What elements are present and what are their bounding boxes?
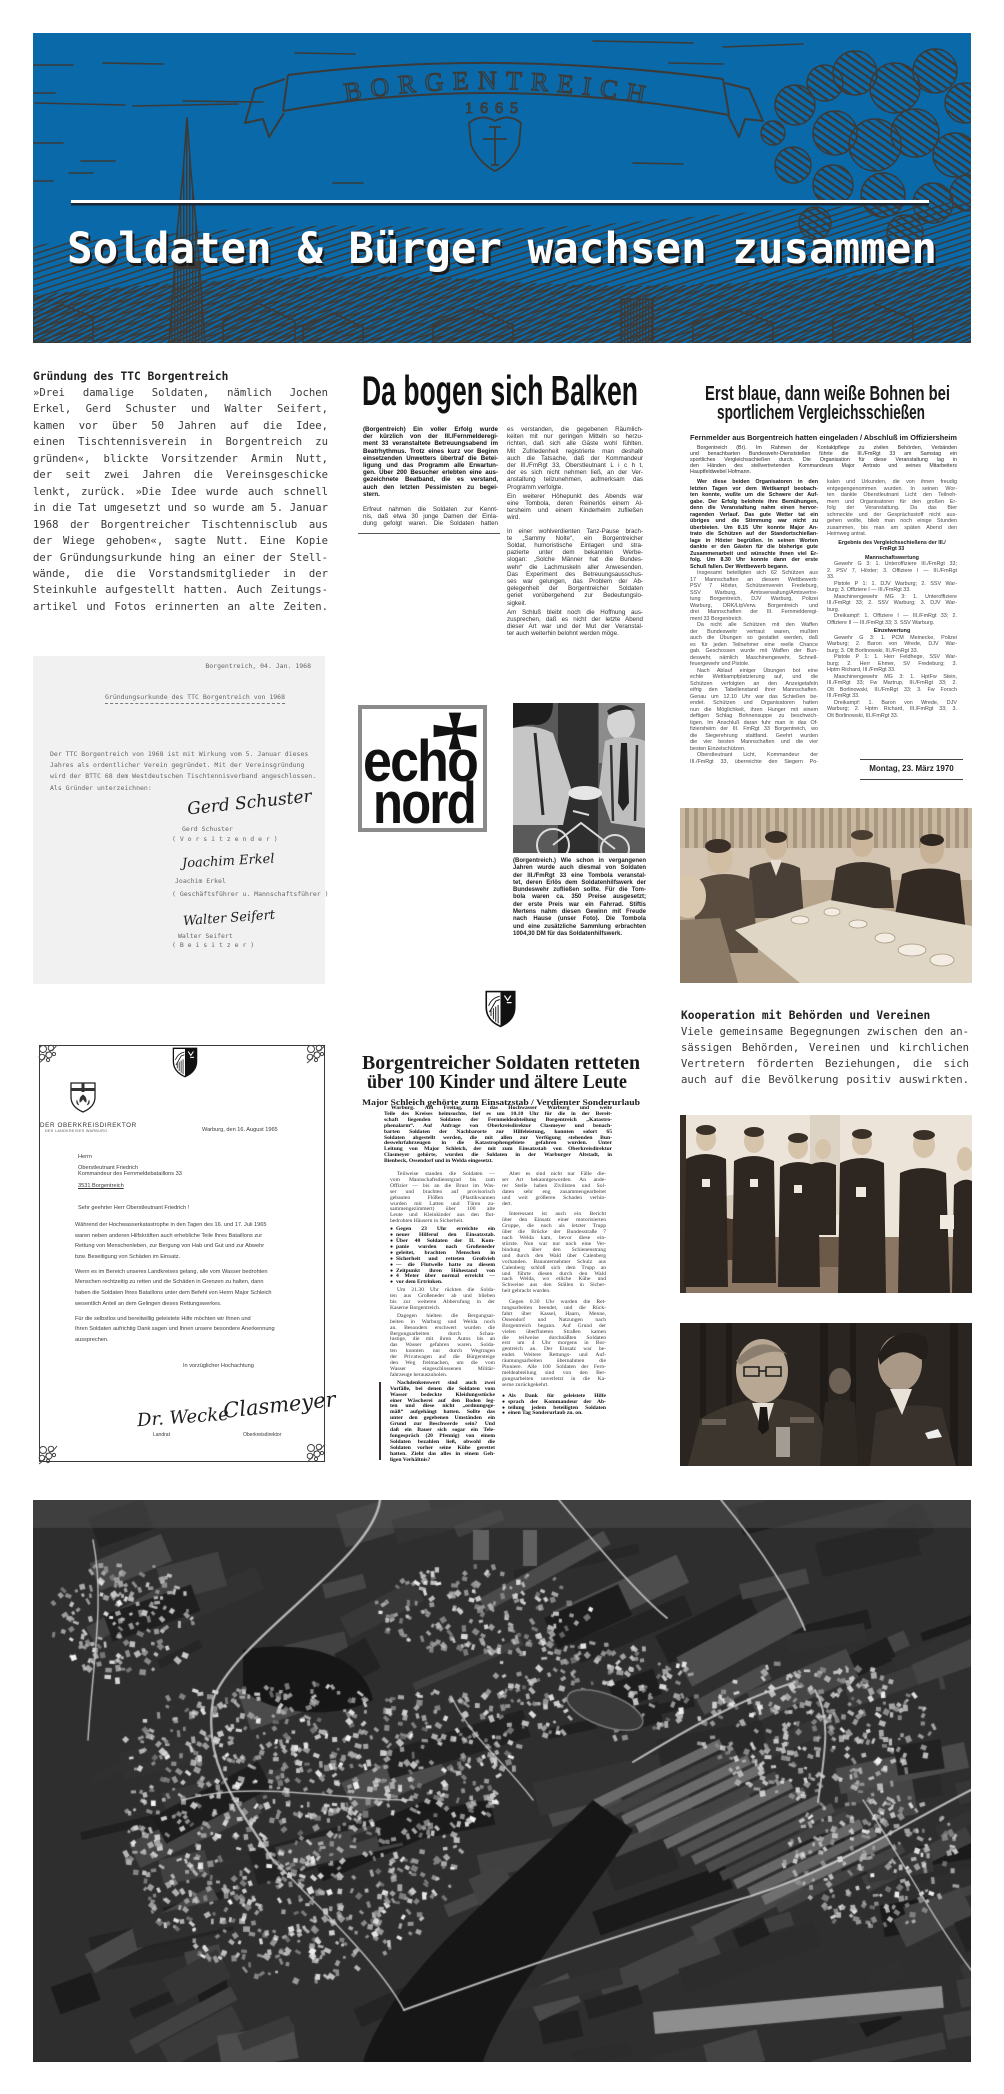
certificate-date: Borgentreich, 04. Jan. 1968 — [205, 662, 311, 670]
paragraph: Erfreut nahmen die Soldaten zur Kennt-ni… — [363, 506, 498, 528]
article-rescue-subheadline: Major Schleich gehörte zum Einsatzstab /… — [362, 1092, 640, 1101]
paragraph: Für die selbstlos und bereitwillig gelei… — [75, 1314, 295, 1346]
text-line: 1968 der Borgentreicher Tischtennisclub … — [33, 517, 328, 533]
date-rule-bottom — [860, 779, 963, 780]
paragraph: Interessant ist auch ein Berichtüber den… — [502, 1212, 606, 1295]
paragraph: In einer wohlverdienten Tanz-Pause brach… — [507, 528, 643, 607]
paragraph: Da nicht alle Schützen mit den Waffender… — [690, 622, 818, 668]
text-line: III./FmRgt 33, überreichte den Siegern P… — [690, 759, 818, 766]
text-line: Kaserne Borgentreich. — [390, 1306, 495, 1312]
paragraph: Warburg. Am Freitag, als das Hochwasser … — [384, 1106, 612, 1165]
aerial-photo-canvas — [33, 1500, 971, 2062]
text-line: und weit größeren Schaden verhin- — [502, 1196, 606, 1202]
text-line: tet, deren Erlös dem Soldatenhilfswerk d… — [513, 880, 646, 887]
text-line: Während der Hochwasserkatastrophe in den… — [75, 1220, 295, 1231]
text-line: sässigen Behörden, Vereinen und kirchlic… — [681, 1040, 969, 1056]
text-line: der kürzlich von der III./Fernmelderegi- — [363, 433, 498, 440]
paragraph: Maschinengewehr MG 3: 1. HptFw Stein,III… — [827, 674, 957, 700]
text-line: keiten mit nur geringen Mitteln so herzu… — [507, 433, 643, 440]
text-line: geriet vorübergehend zur Bedeutungslo- — [507, 592, 643, 599]
title-rule — [71, 200, 929, 203]
paragraph: Gewehr G 3: 1. PCM Meinecke, PolizeiWarb… — [827, 635, 957, 655]
text-line: In einer wohlverdienten Tanz-Pause brach… — [507, 528, 643, 535]
ornament-icon — [305, 1043, 327, 1065]
ornament-icon — [305, 1442, 327, 1464]
text-line: dieser Art war und der Mut der Veranstal… — [507, 623, 643, 630]
paragraph: Oberstleutnant Licht, Kommandeur derIII.… — [690, 752, 818, 765]
paragraph: Aber es sind nicht nur Fälle die-ser Art… — [502, 1172, 606, 1207]
text-line: ligung und das Programm alle Erwartun- — [363, 462, 498, 469]
paragraph: Insgesamt beteiligten sich 62 Schützen a… — [690, 570, 818, 622]
text-line: ment 33 veranstaltete Betreuungsabend im — [363, 440, 498, 447]
article-rescue-column-right: Aber es sind nicht nur Fälle die-ser Art… — [502, 1172, 606, 1417]
text-line: vor dem Ertrinken. — [390, 1280, 495, 1286]
text-line: FmRgt 33 — [827, 546, 957, 553]
page-title: Soldaten & Bürger wachsen zusammen — [33, 227, 971, 273]
text-line: 1004,30 DM für das Soldatenhilfswerk. — [513, 931, 646, 938]
signer-role: ( B e i s i t z e r ) — [172, 941, 254, 949]
text-line: Erkel, Gerd Schuster und Walter Seifert, — [33, 401, 328, 417]
paragraph: Ergebnis des Vergleichsschießens der III… — [827, 540, 957, 553]
signature: Walter Seifert — [183, 908, 276, 929]
text-line: (Borgentreich.) Wie schon in vergangenen — [513, 858, 646, 865]
certificate-signers-intro: Als Gründer unterzeichnen: — [50, 784, 152, 792]
paragraph: Ein weiterer Höhepunkt des Abends warein… — [507, 493, 643, 522]
paragraph: Um 21.30 Uhr rückten die Solda-ten aus G… — [390, 1288, 495, 1312]
letter-closing: In vorzüglicher Hochachtung — [183, 1363, 254, 1369]
text-line: Ein weiterer Höhepunkt des Abends war — [507, 493, 643, 500]
paragraph: kalen und Urkunden, die von ihnen freudi… — [827, 479, 957, 538]
header-banner: BORGENTREICH 1665 Soldaten & Bürger wach… — [33, 33, 971, 343]
article-shooting-column-right: kalen und Urkunden, die von ihnen freudi… — [827, 479, 957, 719]
signature: Gerd Schuster — [186, 787, 312, 820]
text-line: einen Tag Sonderurlaub zu. on. — [502, 1411, 606, 1417]
banner-year: 1665 — [465, 100, 525, 117]
logo-text-nord: nord — [373, 781, 475, 827]
text-line: anstaltung teilzunehmen, aufmerksam das — [507, 476, 643, 483]
text-line: es verstanden, die gegebenen Räumlich- — [507, 426, 643, 433]
article-shooting-headline-2: sportlichem Vergleichsschießen — [717, 403, 925, 424]
text-line: haben die Soldaten Ihres Bataillons unte… — [75, 1288, 295, 1299]
aerial-town-photo — [33, 1500, 971, 2062]
text-line: Offiziere II — III./FmRgt 33; 3. SSV War… — [827, 620, 957, 627]
paragraph: Der TTC Borgentreich von 1968 ist mit Wi… — [50, 749, 320, 782]
paragraph: Wer diese beiden Organisatoren in denlet… — [690, 479, 818, 570]
article-rescue-intro: Warburg. Am Freitag, als das Hochwasser … — [384, 1106, 612, 1165]
district-coat-of-arms-icon — [70, 1082, 96, 1113]
text-line: auch die Tatsache, daß der Kommandeur — [507, 455, 643, 462]
paragraph: Als Dank für geleistete Hilfesprach der … — [502, 1394, 606, 1418]
text-line: Das Experiment des Betreuungsausschus- — [507, 571, 643, 578]
paragraph: »Drei damalige Soldaten, nämlich JochenE… — [33, 385, 328, 615]
text-line: der Gründungsurkunde hing an einer der S… — [33, 550, 328, 566]
headline: Erst blaue, dann weiße Bohnen bei — [705, 384, 950, 404]
paragraph: Am Schluß bleibt noch die Hoffnung aus-z… — [507, 609, 643, 638]
text-line: te „Sammy Nolte“, ein Borgentreicher — [507, 535, 643, 542]
text-line: wehr“ die Lachmuskeln aller Anwesenden. — [507, 564, 643, 571]
letter-sender-sub: DES LANDKREISES WARBURG — [45, 1129, 107, 1133]
signer-role: ( Geschäftsführer u. Mannschaftsführer ) — [172, 890, 329, 898]
text-line: ligen Verhältnis? — [390, 1458, 495, 1464]
text-line: wände, die die Vorstandsmitglieder in de… — [33, 566, 328, 582]
text-line: Olt Borlinowski, III./FmRgt 33. — [827, 713, 957, 720]
text-line: Der TTC Borgentreich von 1968 ist mit Wi… — [50, 749, 320, 760]
paragraph: Gegen 0.30 Uhr wurden die Ret-tungsarbei… — [502, 1300, 606, 1389]
text-line: der III./FmRgt 33 eine Tombola veranstal… — [513, 873, 646, 880]
paragraph: Gegen 23 Uhr erreichte einneuer Hilferuf… — [390, 1227, 495, 1286]
cooperation-section: Kooperation mit Behörden und Vereinen Vi… — [681, 1008, 969, 1088]
paragraph: Teilweise standen die Soldaten —vom Mann… — [390, 1172, 495, 1225]
text-line: kamen vor über 50 Jahren auf die Idee, — [33, 418, 328, 434]
article-rescue-column-left: Teilweise standen die Soldaten —vom Mann… — [390, 1172, 495, 1464]
text-line: Rettung von Menschenleben, zur Bergung v… — [75, 1241, 295, 1252]
founding-text: »Drei damalige Soldaten, nämlich JochenE… — [33, 385, 328, 615]
text-line: einen Tischtennisverein in Borgentreich … — [33, 434, 328, 450]
text-line: Vertretern förderten Beziehungen, die si… — [681, 1056, 969, 1072]
text-line: 2. PSV 7, Höxter; 3. Offiziere I — III./… — [827, 568, 957, 575]
scan-edge-mark — [379, 1382, 381, 1460]
paragraph: Dagegen hielten die Bergungsar-beiten in… — [390, 1314, 495, 1379]
text-line: aussprechen. — [75, 1335, 295, 1346]
text-line: Heimweg antrat. — [827, 531, 957, 538]
signer-name: Gerd Schuster — [182, 825, 233, 833]
letter-address-line: 3531 Borgentreich — [78, 1183, 124, 1189]
founding-certificate-scan: Borgentreich, 04. Jan. 1968 Gründungsurk… — [33, 656, 325, 984]
paragraph: (Borgentreich.) Wie schon in vergangenen… — [513, 858, 646, 938]
text-line: Viele gemeinsame Begegnungen zwischen de… — [681, 1024, 969, 1040]
signer-name: Joachim Erkel — [175, 877, 226, 885]
cooperation-heading: Kooperation mit Behörden und Vereinen — [681, 1008, 969, 1024]
text-line: dert. — [502, 1202, 606, 1208]
letter-date: Warburg, den 16. August 1965 — [202, 1127, 278, 1133]
text-line: bzw. Beseitigung von Schäden im Einsatz. — [75, 1252, 295, 1263]
text-line: wird. — [507, 514, 643, 521]
text-line: gelegenheit der Borgentreicher Soldaten — [507, 585, 643, 592]
text-line: stern. — [363, 491, 498, 498]
paragraph: es verstanden, die gegebenen Räumlich-ke… — [507, 426, 643, 491]
text-line: Soldat, humoristische Einlagen und stra- — [507, 542, 643, 549]
headline: Da bogen sich Balken — [362, 371, 638, 411]
text-line: bedrohten Häusern in Sicherheit. — [390, 1219, 495, 1225]
text-line: Menschen rechtzeitig zu retten und die S… — [75, 1277, 295, 1288]
headline: über 100 Kinder und ältere Leute — [367, 1072, 627, 1092]
echo-nord-logo: echo nord — [358, 705, 487, 832]
battalion-shield-icon — [484, 990, 517, 1028]
officers-table-photo — [680, 808, 972, 983]
text-line: Mit Zufriedenheit registrierte man desha… — [507, 448, 643, 455]
paragraph: (Borgentreich) Ein voller Erfolg wurdede… — [363, 426, 498, 498]
article-balken-headline: Da bogen sich Balken — [362, 371, 638, 411]
article-rescue-headline-1: Borgentreicher Soldaten retteten — [362, 1053, 640, 1073]
text-line: Bienbeck, Ossendorf und in Welda eingese… — [384, 1159, 612, 1165]
signer-title: Oberkreisdirektor — [243, 1432, 281, 1438]
text-line: Erfreut nahmen die Soldaten zur Kennt- — [363, 506, 498, 513]
text-line: wird der BTTC 68 dem Westdeutschen Tisch… — [50, 771, 320, 782]
letter-address-line: Kommandeur des Fernmeldebataillons 33 — [78, 1171, 182, 1177]
text-line: zusprechen, daß es nicht der letzte Aben… — [507, 616, 643, 623]
letter-sender: DER OBERKREISDIREKTOR — [40, 1122, 137, 1129]
paragraph: Maschinengewehr MG 3: 1. UnteroffiziereI… — [827, 594, 957, 614]
headline: Borgentreicher Soldaten retteten — [362, 1053, 640, 1073]
text-line: Am Schluß bleibt noch die Hoffnung aus- — [507, 609, 643, 616]
text-line: in die Tat umgesetzt und so wurde am 5. … — [33, 500, 328, 516]
text-line: lenkt, zurück. »Die Idee wurde auch schn… — [33, 484, 328, 500]
paragraph: Gewehr G 3: 1. Unteroffiziere III./FmRgt… — [827, 561, 957, 581]
text-line: tersheim und einem Kinderheim zufließen — [507, 507, 643, 514]
text-line: auch den letzten Pessimisten zu begei- — [363, 484, 498, 491]
certificate-body: Der TTC Borgentreich von 1968 ist mit Wi… — [50, 749, 320, 782]
text-line: artikel und Fotos erinnerten an alte Zei… — [33, 599, 328, 615]
text-line: Bundeswehr zufließen sollte. Für die Tom… — [513, 887, 646, 894]
text-line: Wenn es im Bereich unseres Landkreises g… — [75, 1267, 295, 1278]
text-line: der erste Preis war ein Fahrrad. Stiftis — [513, 902, 646, 909]
certificate-title: Gründungsurkunde des TTC Borgentreich vo… — [105, 693, 285, 704]
text-line: III./FmRgt 33; 2. SSV Warburg; 3. DJV Wa… — [827, 600, 957, 607]
text-line: sigkeit. — [507, 600, 643, 607]
paragraph: Nachdenkenswert sind auch zweiVorfälle, … — [390, 1381, 495, 1464]
text-line: Beatrhythmus. Trotz eines kurz vor Begin… — [363, 448, 498, 455]
text-line: und eine zusätzliche Sammlung erbrachten — [513, 924, 646, 931]
article-balken-column-right: es verstanden, die gegebenen Räumlich-ke… — [507, 426, 643, 638]
letter-body: Während der Hochwasserkatastrophe in den… — [75, 1220, 295, 1346]
tombola-photo — [513, 703, 645, 853]
article-shooting-headline-1: Erst blaue, dann weiße Bohnen bei — [705, 384, 950, 404]
text-line: gründen«, blickte Vorsitzender Armin Nut… — [33, 451, 328, 467]
article-rescue-headline-2: über 100 Kinder und ältere Leute — [367, 1072, 627, 1092]
paragraph: Während der Hochwasserkatastrophe in den… — [75, 1220, 295, 1262]
text-line: Für die selbstlos und bereitwillig gelei… — [75, 1314, 295, 1325]
text-line: Mertens nahm diesen Gewinn mit Freude — [513, 909, 646, 916]
text-line: dung gefolgt waren. Die Soldaten hatten — [363, 520, 498, 527]
tombola-caption: (Borgentreich.) Wie schon in vergangenen… — [513, 858, 646, 938]
text-line: richten, daß sich alle Gäste wohl fühlte… — [507, 440, 643, 447]
text-line: Ihren Soldaten aufrichtig Dank sagen und… — [75, 1324, 295, 1335]
text-line: wesentlich Anteil an dem Gelingen dieses… — [75, 1299, 295, 1310]
column-divider — [358, 533, 500, 534]
paragraph: Viele gemeinsame Begegnungen zwischen de… — [681, 1024, 969, 1088]
text-line: Jahren wurde auch diesmal von Soldaten — [513, 865, 646, 872]
date-rule-top — [860, 759, 963, 760]
paragraph: Borgentreich (Br). Im Rahmen der Kontakt… — [690, 446, 957, 476]
signature: Joachim Erkel — [182, 852, 275, 872]
text-line: Hauptfeldwebel Hofmann. — [690, 470, 957, 476]
thank-you-letter-scan: DER OBERKREISDIREKTOR DES LANDKREISES WA… — [37, 1043, 327, 1466]
signer-role: ( V o r s i t z e n d e r ) — [172, 835, 278, 843]
text-line: gezeichnete Beatband, die es verstand, — [363, 476, 498, 483]
text-line: slogan: „Solche Männer hat die Bundes- — [507, 556, 643, 563]
ornament-icon — [37, 1043, 59, 1065]
text-line: serne zurückgekehrt. — [502, 1383, 606, 1389]
officer-conversation-photo — [680, 1323, 972, 1466]
article-shooting-intro: Borgentreich (Br). Im Rahmen der Kontakt… — [690, 446, 957, 476]
text-line: der seit zwei Jahren die Vereinsgeschick… — [33, 467, 328, 483]
text-line: pazierte unter dem bekannten Werbe- — [507, 549, 643, 556]
engraving-illustration: BORGENTREICH 1665 — [33, 33, 971, 343]
paragraph: Pistole P 1: 1. DJV Warburg; 2. SSV War-… — [827, 581, 957, 594]
text-line: ses war gelungen, das Problem der Ab- — [507, 578, 643, 585]
text-line: auch auf die Bevölkerung positiv auswirk… — [681, 1072, 969, 1088]
text-line: Steinkuhle aufgestellt hatten. Auch Zeit… — [33, 582, 328, 598]
text-line: ter auch weiterhin belohnt werden möge. — [507, 630, 643, 637]
reception-group-photo — [680, 1115, 972, 1293]
paragraph: Dreikampf: 1. Baron von Wrede, DJVWarbur… — [827, 700, 957, 720]
title-rule-shadow — [71, 203, 929, 206]
founding-section: Gründung des TTC Borgentreich »Drei dama… — [33, 369, 328, 615]
headline: sportlichem Vergleichsschießen — [717, 403, 925, 424]
text-line: Programm verfolgte. — [507, 484, 643, 491]
signer-title: Landrat — [153, 1432, 170, 1438]
text-line: fahrzeuge herauszuholen. — [390, 1373, 495, 1379]
paragraph: Dreikampf: 1. Offiziere I — III./FmRgt 3… — [827, 613, 957, 626]
signer-name: Walter Seifert — [178, 932, 233, 940]
text-line: bola waren ca. 350 Preise ausgesetzt; — [513, 894, 646, 901]
text-line: eine Tombola, deren Reinerlös einem Al- — [507, 500, 643, 507]
letter-salutation: Sehr geehrter Herr Oberstleutnant Friedr… — [78, 1205, 189, 1211]
text-line: der Wiege gehoben«, sagte Nutt. Eine Kop… — [33, 533, 328, 549]
text-line: der III./FmRgt 33, Oberstleutnant L i c … — [507, 462, 643, 469]
paragraph: Wenn es im Bereich unseres Landkreises g… — [75, 1267, 295, 1309]
text-line: der es sich nicht nehmen ließ, an der Ve… — [507, 469, 643, 476]
battalion-shield-icon — [172, 1047, 198, 1078]
text-line: waren neben anderen Hilfskräften auch er… — [75, 1231, 295, 1242]
article-shooting-subheadline: Fernmelder aus Borgentreich hatten einge… — [690, 427, 957, 436]
cooperation-text: Viele gemeinsame Begegnungen zwischen de… — [681, 1024, 969, 1088]
paragraph: Nach Ablauf einiger Übungen bot eineecht… — [690, 668, 818, 753]
text-line: heit gebracht wurden. — [502, 1289, 606, 1295]
text-line: Jahres als ordentlicher Verein gegründet… — [50, 760, 320, 771]
text-line: nach Hause (unser Foto). Die Tombola — [513, 916, 646, 923]
text-line: einsetzenden Unwetters übertraf die Bete… — [363, 455, 498, 462]
founding-heading: Gründung des TTC Borgentreich — [33, 369, 328, 385]
town-tower — [621, 299, 653, 343]
paragraph: Pistole P 1: 1. Herr Feldhege, SSV War-b… — [827, 654, 957, 674]
newspaper-date: Montag, 23. März 1970 — [860, 764, 963, 774]
text-line: nis, daß etwa 30 junge Damen der Einla- — [363, 513, 498, 520]
text-line: gen. Über 200 Besucher erlebten eine aus… — [363, 469, 498, 476]
subheadline: Fernmelder aus Borgentreich hatten einge… — [690, 433, 957, 442]
text-line: »Drei damalige Soldaten, nämlich Jochen — [33, 385, 328, 401]
text-line: (Borgentreich) Ein voller Erfolg wurde — [363, 426, 498, 433]
letter-address-line: Herrn — [78, 1154, 92, 1160]
article-shooting-column-left: Wer diese beiden Organisatoren in denlet… — [690, 479, 818, 765]
ornament-icon — [37, 1444, 59, 1466]
article-balken-column-left: (Borgentreich) Ein voller Erfolg wurdede… — [363, 426, 498, 528]
